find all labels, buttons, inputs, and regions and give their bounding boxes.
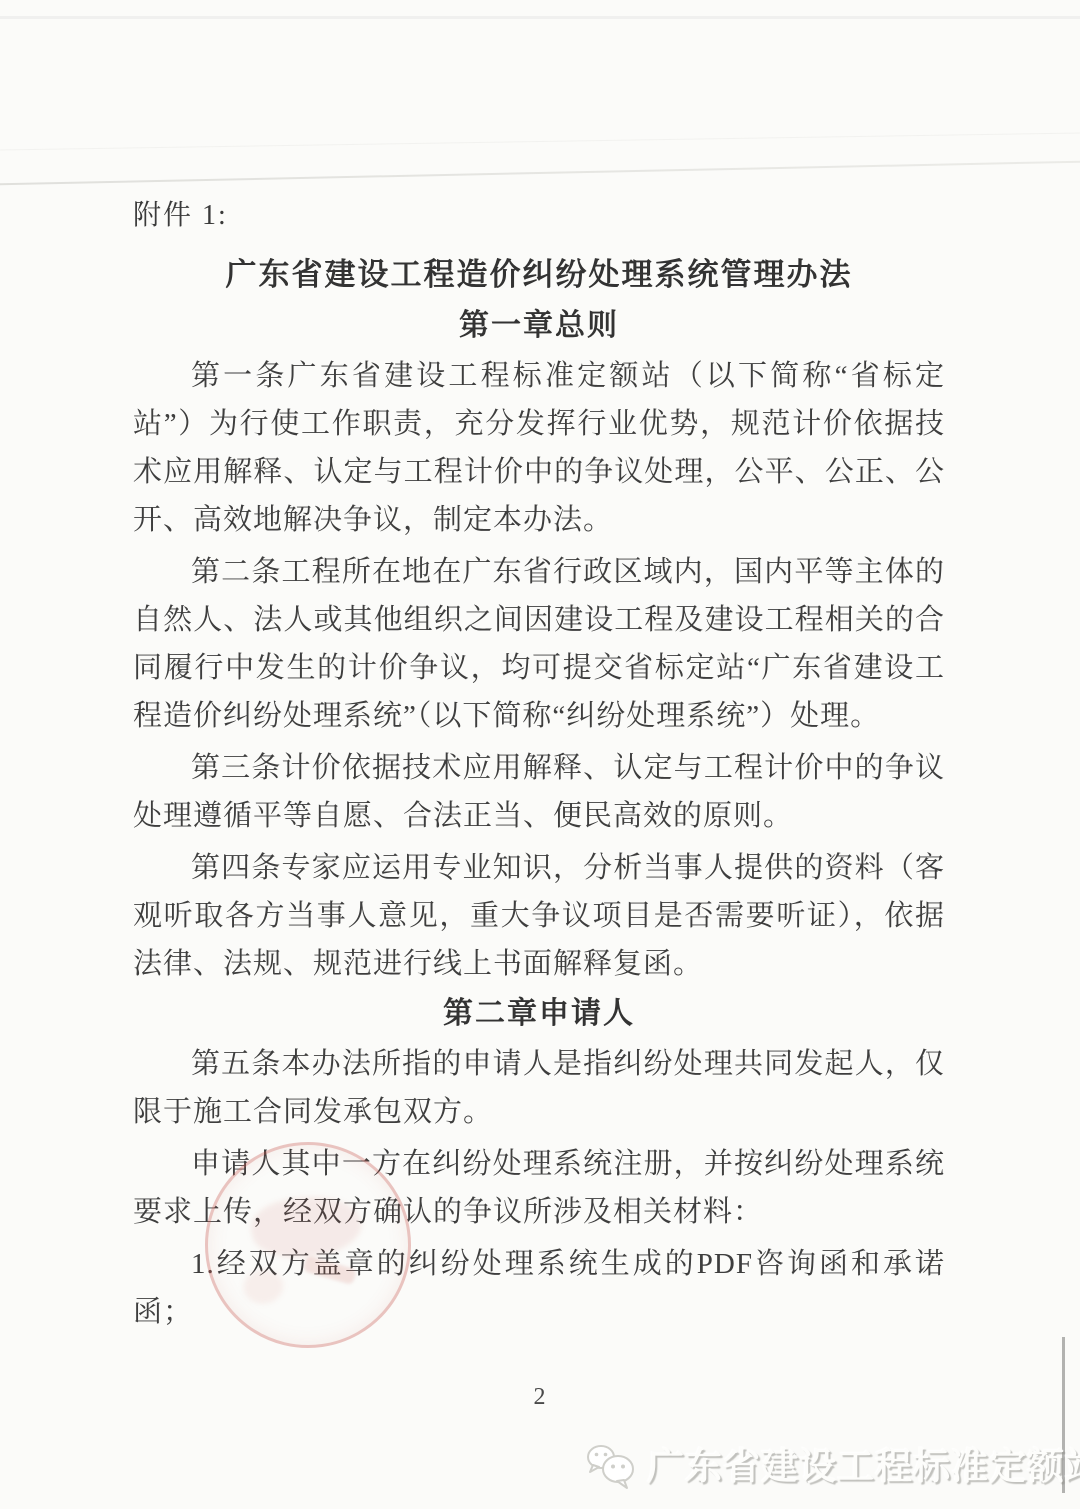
subscription-watermark: 广东省建设工程标准定额站订阅号	[583, 1441, 1080, 1493]
scan-artifact-top-band	[0, 16, 1080, 19]
chapter-heading-1: 第一章总则	[133, 304, 945, 348]
wechat-icon	[583, 1442, 641, 1492]
paragraph-article-2: 第二条工程所在地在广东省行政区域内，国内平等主体的自然人、法人或其他组织之间因建…	[133, 548, 945, 740]
attachment-label: 附件 1:	[133, 196, 945, 236]
page-number: 2	[0, 1384, 1080, 1411]
paragraph-article-4: 第四条专家应运用专业知识，分析当事人提供的资料（客观听取各方当事人意见，重大争议…	[133, 844, 945, 988]
chapter-heading-2: 第二章申请人	[133, 992, 945, 1036]
document-body: 附件 1: 广东省建设工程造价纠纷处理系统管理办法 第一章总则 第一条广东省建设…	[133, 196, 945, 1340]
paragraph-list-item-1: 1.经双方盖章的纠纷处理系统生成的PDF咨询函和承诺函；	[133, 1240, 945, 1336]
subscription-watermark-text: 广东省建设工程标准定额站订阅号	[647, 1441, 1080, 1493]
scan-artifact-faint-line	[0, 133, 1080, 151]
scanned-document-page: { "document": { "attachment_label": "附件 …	[0, 0, 1080, 1509]
document-title: 广东省建设工程造价纠纷处理系统管理办法	[133, 252, 945, 298]
scan-artifact-crease-line	[0, 160, 1080, 185]
paragraph-article-3: 第三条计价依据技术应用解释、认定与工程计价中的争议处理遵循平等自愿、合法正当、便…	[133, 744, 945, 840]
paragraph-article-1: 第一条广东省建设工程标准定额站（以下简称“省标定站”）为行使工作职责，充分发挥行…	[133, 352, 945, 544]
paragraph-applicant-materials: 申请人其中一方在纠纷处理系统注册，并按纠纷处理系统要求上传，经双方确认的争议所涉…	[133, 1140, 945, 1236]
paragraph-article-5: 第五条本办法所指的申请人是指纠纷处理共同发起人，仅限于施工合同发承包双方。	[133, 1040, 945, 1136]
scan-artifact-vertical-line	[1062, 1337, 1065, 1493]
